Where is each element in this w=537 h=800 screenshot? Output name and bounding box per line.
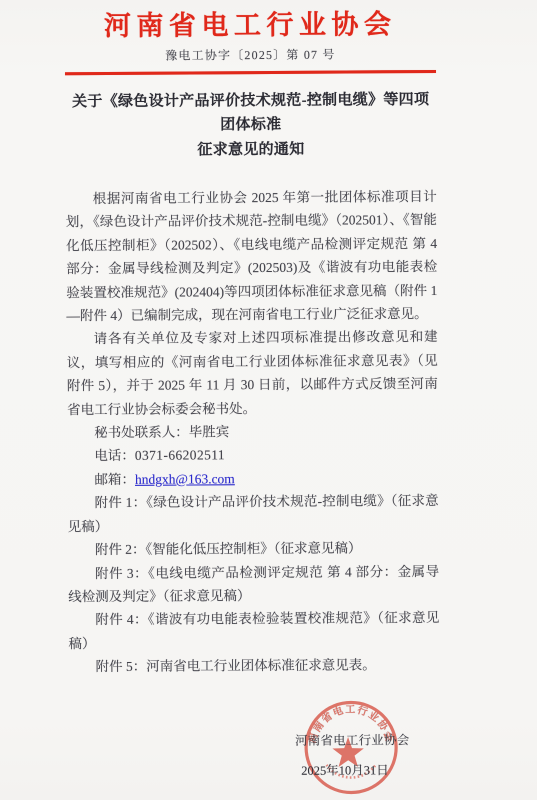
attachment-item-3: 附件 3：《电线电缆产品检测评定规范 第 4 部分：金属导线检测及判定》（征求意…	[68, 559, 439, 608]
association-masthead: 河南省电工行业协会	[65, 6, 436, 44]
scanned-sheet: 河南省电工行业协会 豫电工协字〔2025〕第 07 号 关于《绿色设计产品评价技…	[0, 0, 537, 800]
content-column: 河南省电工行业协会 豫电工协字〔2025〕第 07 号 关于《绿色设计产品评价技…	[65, 0, 440, 679]
paragraph-standards-list: 根据河南省电工行业协会 2025 年第一批团体标准项目计划，《绿色设计产品评价技…	[66, 185, 438, 328]
email-link[interactable]: hndgxh@163.com	[135, 471, 235, 487]
contact-person-label: 秘书处联系人：	[94, 425, 189, 441]
signature-date: 2025年10月31日	[301, 762, 389, 780]
signature-org-name: 河南省电工行业协会	[295, 732, 409, 750]
email-line: 邮箱：hndgxh@163.com	[67, 466, 438, 492]
notice-title-line1: 关于《绿色设计产品评价技术规范-控制电缆》等四项团体标准	[65, 87, 436, 138]
contact-person-name: 毕胜宾	[189, 424, 230, 439]
attachment-item-2: 附件 2：《智能化低压控制柜》（征求意见稿）	[68, 536, 439, 562]
phone-line: 电话：0371-66202511	[67, 442, 438, 468]
phone-number: 0371-66202511	[135, 448, 225, 464]
notice-title: 关于《绿色设计产品评价技术规范-控制电缆》等四项团体标准 征求意见的通知	[65, 87, 436, 163]
contact-person-line: 秘书处联系人：毕胜宾	[67, 419, 438, 445]
paragraph-feedback-request: 请各有关单位及专家对上述四项标准提出修改意见和建议，填写相应的《河南省电工行业团…	[67, 325, 439, 421]
phone-label: 电话：	[94, 448, 135, 463]
attachment-item-5: 附件 5：河南省电工行业团体标准征求意见表。	[69, 653, 440, 679]
document-page: 河南省电工行业协会 豫电工协字〔2025〕第 07 号 关于《绿色设计产品评价技…	[0, 0, 537, 800]
document-number: 豫电工协字〔2025〕第 07 号	[65, 46, 436, 64]
attachment-item-1: 附件 1：《绿色设计产品评价技术规范-控制电缆》（征求意见稿）	[68, 489, 439, 538]
notice-body: 根据河南省电工行业协会 2025 年第一批团体标准项目计划，《绿色设计产品评价技…	[66, 185, 440, 679]
email-label: 邮箱：	[94, 472, 135, 487]
header-divider-rule	[65, 70, 436, 75]
notice-title-line2: 征求意见的通知	[65, 136, 436, 163]
attachment-item-4: 附件 4：《谐波有功电能表检验装置校准规范》（征求意见稿）	[68, 606, 439, 655]
